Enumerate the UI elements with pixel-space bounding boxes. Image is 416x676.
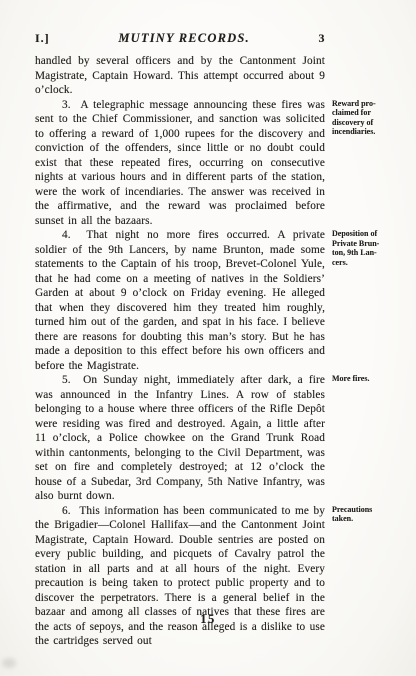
- margin-note-precautions: Precautions taken.: [332, 505, 410, 524]
- header-title: MUTINY RECORDS.: [118, 31, 249, 46]
- header-section-marker: I.]: [35, 31, 50, 46]
- margin-note-deposition: Deposition of Private Brun- ton, 9th Lan…: [332, 229, 410, 267]
- paragraph-block-3: 4. That night no more fires occurred. A …: [35, 228, 409, 373]
- scan-smudge: [2, 658, 16, 668]
- paragraph-text: 4. That night no more fires occurred. A …: [35, 228, 325, 373]
- page-footer: 15: [0, 612, 416, 627]
- paragraph-block-1: handled by several officers and by the C…: [35, 54, 409, 98]
- paragraph-text: 5. On Sunday night, immediately after da…: [35, 373, 325, 504]
- paragraph-text: handled by several officers and by the C…: [35, 54, 325, 98]
- margin-note-more-fires: More fires.: [332, 374, 410, 384]
- document-page: I.] MUTINY RECORDS. 3 handled by several…: [0, 0, 416, 676]
- paragraph-block-4: 5. On Sunday night, immediately after da…: [35, 373, 409, 504]
- header-page-number: 3: [319, 31, 326, 46]
- running-head: I.] MUTINY RECORDS. 3: [35, 31, 325, 46]
- paragraph-block-2: 3. A telegraphic message announcing thes…: [35, 98, 409, 229]
- footer-page-number: 15: [200, 612, 216, 626]
- page-body: handled by several officers and by the C…: [35, 54, 409, 649]
- margin-note-reward: Reward pro- claimed for discovery of inc…: [332, 99, 410, 137]
- paragraph-text: 3. A telegraphic message announcing thes…: [35, 98, 325, 229]
